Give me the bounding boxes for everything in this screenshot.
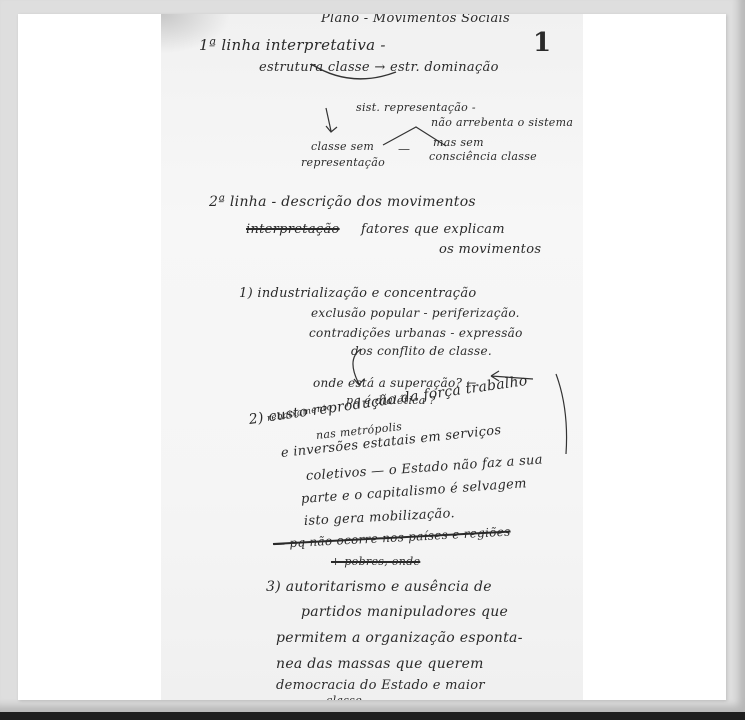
bracket-mark: [556, 374, 567, 454]
line-dash: —: [398, 142, 410, 156]
line-democracia: democracia do Estado e maior: [276, 678, 485, 693]
line-permitem: permitem a organização esponta-: [276, 630, 523, 646]
line-first-interpretive: 1ª linha interpretativa -: [199, 36, 386, 54]
line-consciencia-classe: consciência classe: [429, 150, 537, 163]
manuscript-page: Plano - Movimentos Sociais 1 1ª linha in…: [161, 14, 583, 700]
line-os-movimentos: os movimentos: [439, 242, 541, 257]
line-second-descricao: 2ª linha - descrição dos movimentos: [209, 194, 476, 210]
item-1-industrializacao: 1) industrialização e concentração: [239, 286, 477, 301]
line-exclusao: exclusão popular - periferização.: [311, 306, 520, 320]
line-contradicoes: contradições urbanas - expressão: [309, 326, 523, 340]
page-number: 1: [533, 28, 551, 58]
bottom-edge: [0, 712, 745, 720]
line-fatores: fatores que explicam: [361, 222, 505, 237]
line-nao-arrebenta: não arrebenta o sistema: [431, 116, 573, 129]
down-arrow-icon: [326, 108, 337, 132]
line-conflito-classe: dos conflito de classe.: [351, 344, 492, 358]
line-mas-sem: mas sem: [433, 136, 484, 149]
line-classe-cut: ... classe...: [311, 694, 373, 700]
line-pobres-onde-struck: + pobres, onde: [331, 555, 420, 568]
page-title: Plano - Movimentos Sociais: [321, 14, 510, 26]
line-sist-representacao: sist. representação -: [356, 101, 476, 114]
line-representacao: representação: [301, 156, 385, 169]
line-structure-domination: estrutura classe → estr. dominação: [259, 60, 499, 75]
line-classe-sem: classe sem: [311, 140, 374, 153]
item-3-autoritarismo: 3) autoritarismo e ausência de: [266, 579, 492, 595]
line-partidos: partidos manipuladores que: [301, 604, 508, 620]
line-massas: nea das massas que querem: [276, 656, 484, 672]
line-interpretacao-struck: interpretação: [246, 222, 340, 237]
